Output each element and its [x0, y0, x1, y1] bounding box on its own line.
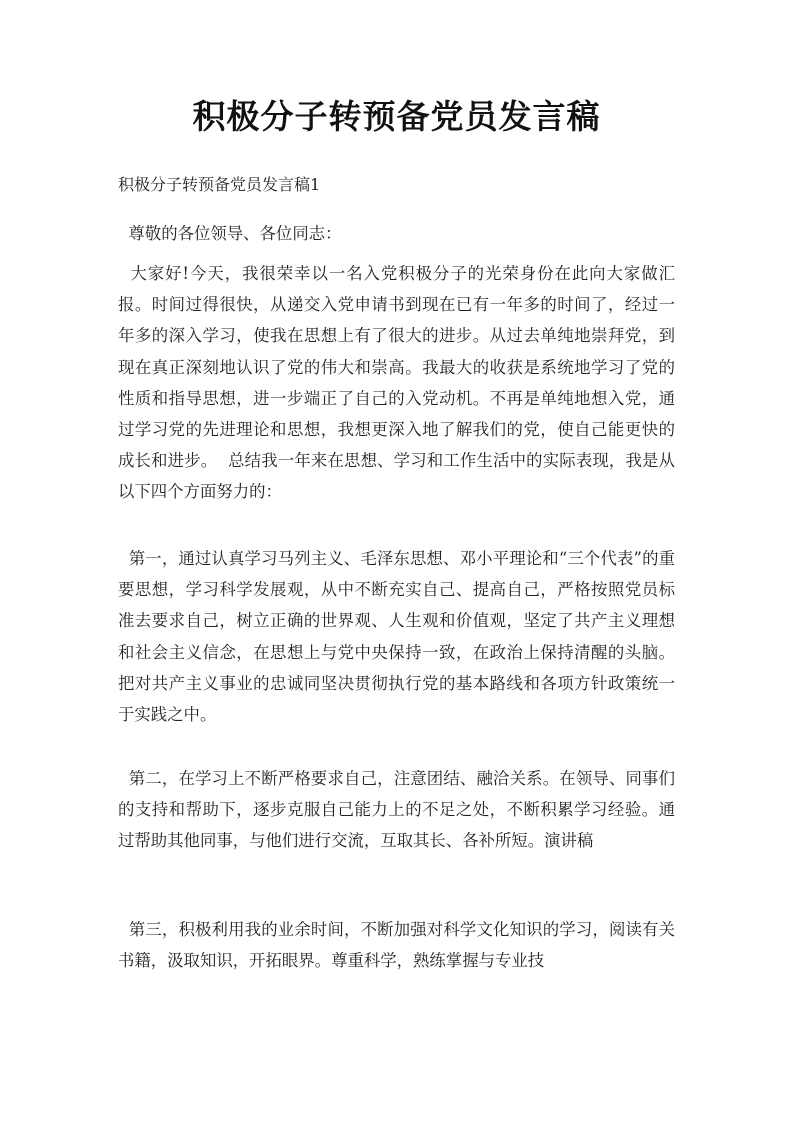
document-page: 积极分子转预备党员发言稿 积极分子转预备党员发言稿1 尊敬的各位领导、各位同志：…	[0, 0, 793, 1122]
paragraph-greeting: 尊敬的各位领导、各位同志：	[118, 218, 675, 249]
paragraph-third: 第三，积极利用我的业余时间，不断加强对科学文化知识的学习，阅读有关书籍，汲取知识…	[118, 914, 675, 976]
document-title: 积极分子转预备党员发言稿	[0, 92, 793, 142]
paragraph-first: 第一，通过认真学习马列主义、毛泽东思想、邓小平理论和“三个代表”的重要思想，学习…	[118, 543, 675, 730]
paragraph-intro: 大家好!今天，我很荣幸以一名入党积极分子的光荣身份在此向大家做汇报。时间过得很快…	[118, 258, 675, 508]
paragraph-second: 第二，在学习上不断严格要求自己，注意团结、融洽关系。在领导、同事们的支持和帮助下…	[118, 763, 675, 857]
document-subtitle: 积极分子转预备党员发言稿1	[118, 171, 320, 199]
